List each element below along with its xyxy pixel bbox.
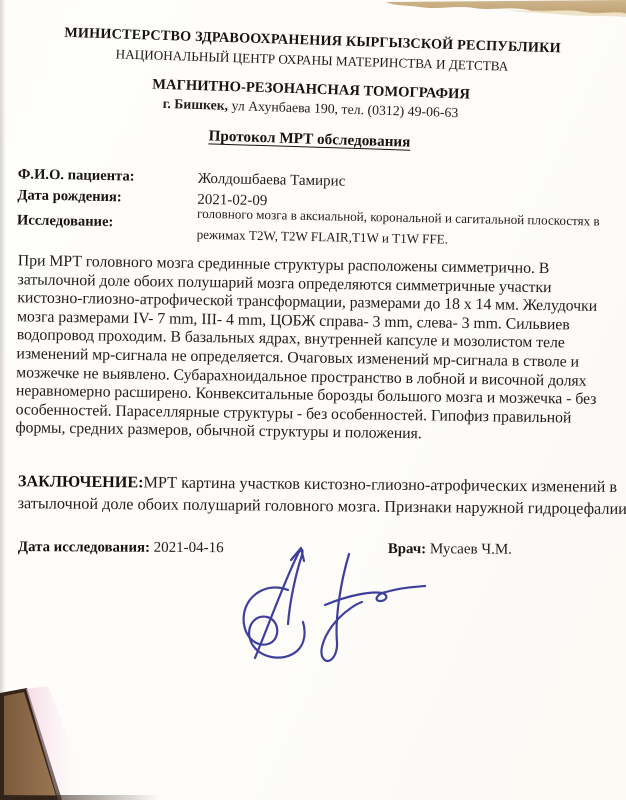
conclusion-line-2: затылочной доле обоих полушарий головног… xyxy=(18,492,626,520)
conclusion-label: ЗАКЛЮЧЕНИЕ: xyxy=(18,472,144,491)
paper-corner-pink-glow xyxy=(26,686,92,800)
study-label: Исследование: xyxy=(17,212,114,231)
patient-name-value: Жолдошбаева Тамирис xyxy=(198,171,346,191)
study-date-label: Дата исследования: xyxy=(18,539,150,556)
desk-corner-surface xyxy=(4,692,56,796)
study-date-value: 2021-04-16 xyxy=(150,540,224,556)
findings-paragraph: При МРТ головного мозга срединные структ… xyxy=(0,252,626,447)
address-city: г. Бишкек, xyxy=(162,96,228,113)
patient-name-label: Ф.И.О. пациента: xyxy=(18,166,135,185)
signature-stroke xyxy=(325,586,425,605)
report-footer: Дата исследования: 2021-04-16 Врач: Муса… xyxy=(0,539,626,562)
scanned-mrt-report: МИНИСТЕРСТВО ЗДРАВООХРАНЕНИЯ КЫРГЫЗСКОЙ … xyxy=(0,0,626,800)
desk-corner-outline xyxy=(0,688,62,800)
study-description: головного мозга в аксиальной, коронально… xyxy=(197,204,600,253)
document-title: Протокол МРТ обследования xyxy=(208,127,410,151)
birth-date-label: Дата рождения: xyxy=(17,187,122,206)
bottom-edge-shadow xyxy=(0,795,160,800)
study-date: Дата исследования: 2021-04-16 xyxy=(18,539,224,557)
desk-edge-top-right xyxy=(386,0,626,24)
doctor-name: Врач: Мусаев Ч.М. xyxy=(388,541,512,559)
signature-stroke xyxy=(321,554,362,661)
signature-stroke xyxy=(244,587,305,657)
signature-stroke xyxy=(255,550,303,658)
conclusion-text-1: МРТ картина участков кистозно-глиозно-ат… xyxy=(144,473,618,496)
letterhead: МИНИСТЕРСТВО ЗДРАВООХРАНЕНИЯ КЫРГЫЗСКОЙ … xyxy=(0,23,626,159)
doctor-label: Врач: xyxy=(388,541,426,557)
doctor-value: Мусаев Ч.М. xyxy=(426,541,512,557)
patient-info: Ф.И.О. пациента: Жолдошбаева Тамирис Дат… xyxy=(0,166,626,178)
desk-corner-bottom-left xyxy=(0,686,180,800)
conclusion-paragraph: ЗАКЛЮЧЕНИЕ:МРТ картина участков кистозно… xyxy=(0,470,626,520)
